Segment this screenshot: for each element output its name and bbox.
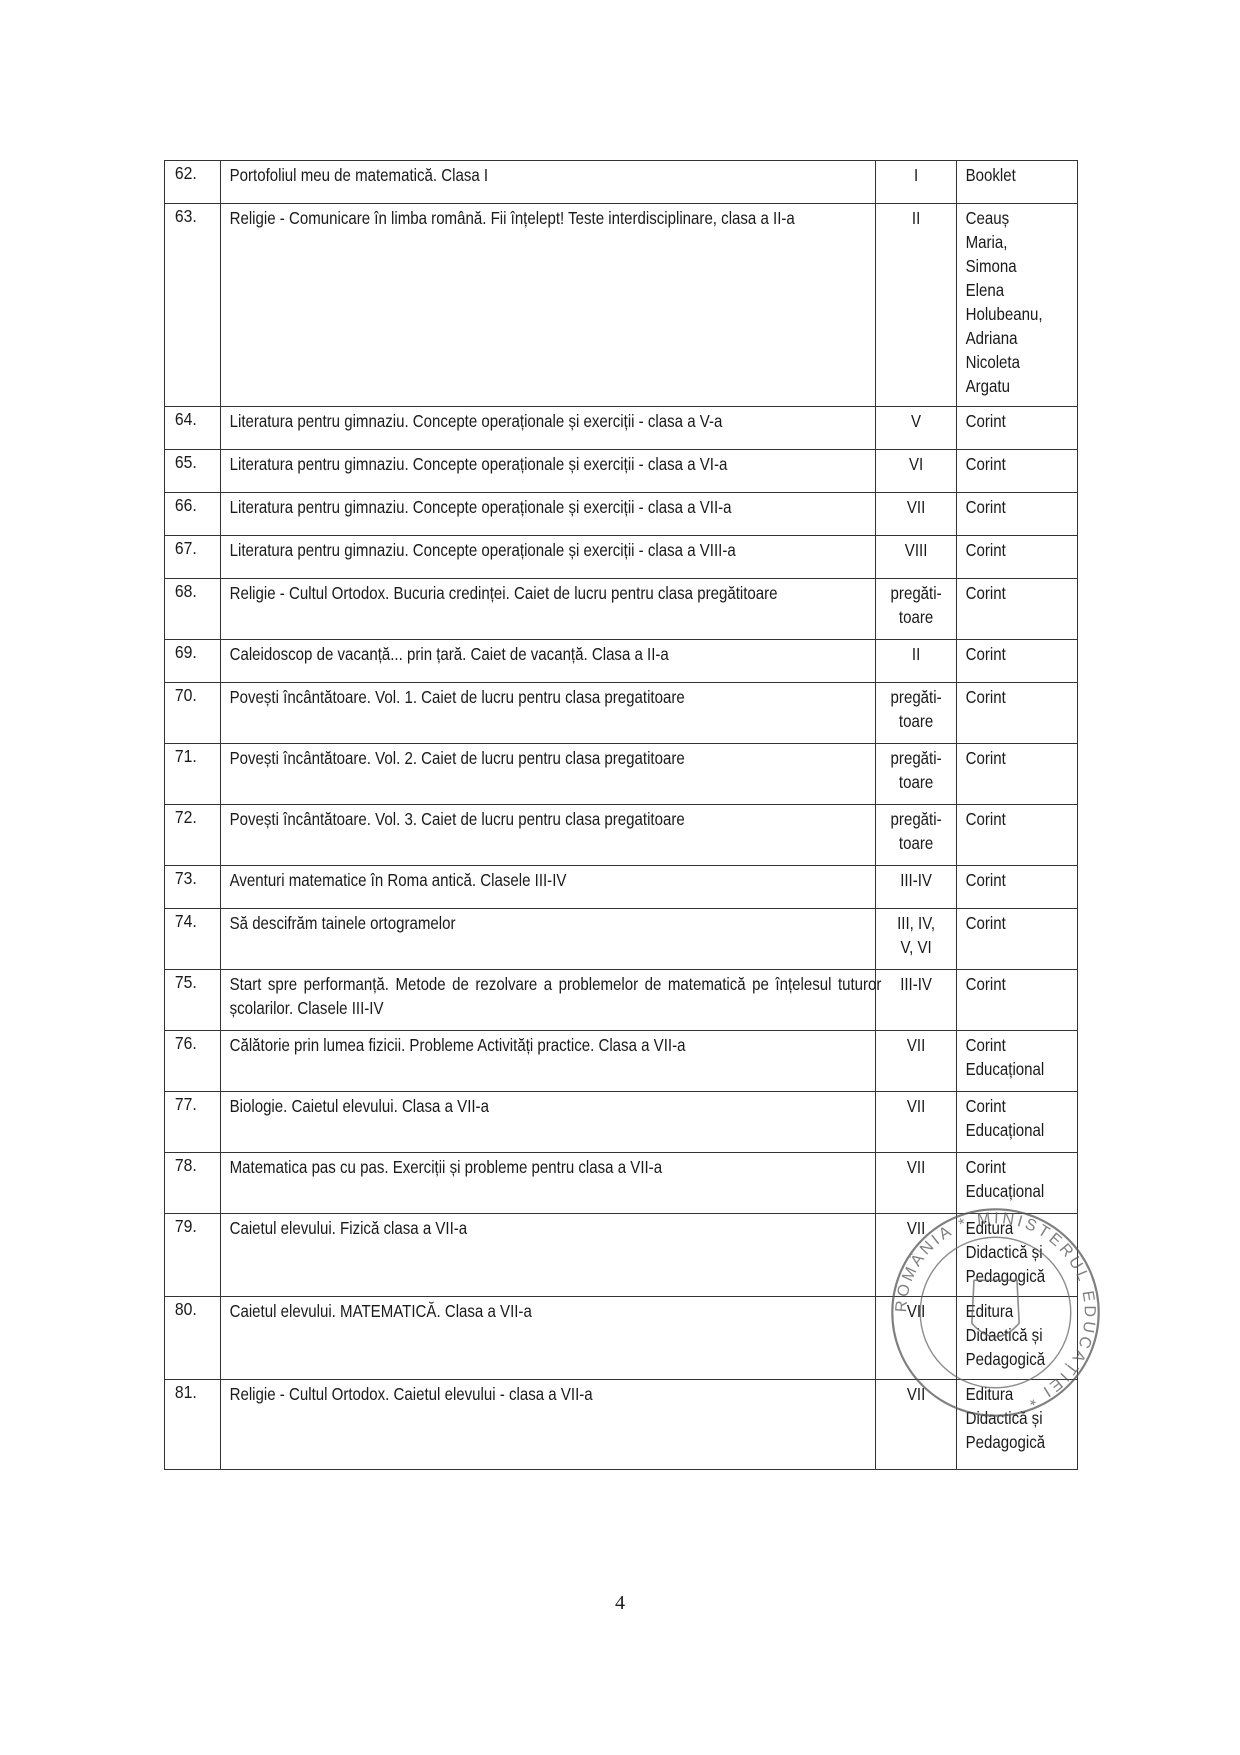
book-title: Literatura pentru gimnaziu. Concepte ope… [221,536,888,570]
grade-cell: VII [875,1031,956,1092]
publisher: Corint [957,579,1060,613]
row-number: 81. [165,1380,215,1404]
table-row: 68. Religie - Cultul Ortodox. Bucuria cr… [165,579,1078,640]
title-cell: Povești încântătoare. Vol. 2. Caiet de l… [221,744,875,805]
publisher-cell: Editura Didactică și Pedagogică [956,1297,1077,1380]
publisher: Editura Didactică și Pedagogică [957,1297,1060,1379]
row-number-cell: 73. [165,866,221,909]
book-title: Biologie. Caietul elevului. Clasa a VII-… [221,1092,888,1126]
row-number: 69. [165,640,215,664]
grade-cell: VII [875,1214,956,1297]
grade-level: pregăti- toare [881,805,950,863]
row-number: 75. [165,970,215,994]
auxiliary-materials-table: 62. Portofoliul meu de matematică. Clasa… [164,160,1078,1470]
row-number: 78. [165,1153,215,1177]
grade-cell: VIII [875,536,956,579]
row-number-cell: 67. [165,536,221,579]
publisher: Editura Didactică și Pedagogică [957,1380,1060,1462]
title-cell: Religie - Comunicare în limba română. Fi… [221,204,875,407]
table-row: 71. Povești încântătoare. Vol. 2. Caiet … [165,744,1078,805]
publisher: Corint [957,805,1060,839]
title-cell: Literatura pentru gimnaziu. Concepte ope… [221,536,875,579]
title-cell: Literatura pentru gimnaziu. Concepte ope… [221,450,875,493]
grade-cell: II [875,640,956,683]
row-number: 76. [165,1031,215,1055]
publisher-cell: Corint [956,744,1077,805]
publisher: Corint [957,640,1060,674]
book-title: Povești încântătoare. Vol. 2. Caiet de l… [221,744,888,778]
grade-cell: V [875,407,956,450]
book-title: Literatura pentru gimnaziu. Concepte ope… [221,450,888,484]
table-row: 79. Caietul elevului. Fizică clasa a VII… [165,1214,1078,1297]
page-number: 4 [0,1592,1240,1615]
book-title: Aventuri matematice în Roma antică. Clas… [221,866,888,900]
row-number: 68. [165,579,215,603]
book-title: Caietul elevului. MATEMATICĂ. Clasa a VI… [221,1297,888,1331]
publisher: Corint [957,407,1060,441]
title-cell: Caleidoscop de vacanță... prin țară. Cai… [221,640,875,683]
title-cell: Start spre performanță. Metode de rezolv… [221,970,875,1031]
grade-level: pregăti- toare [881,683,950,741]
row-number: 72. [165,805,215,829]
row-number: 74. [165,909,215,933]
title-cell: Matematica pas cu pas. Exerciții și prob… [221,1153,875,1214]
title-cell: Călătorie prin lumea fizicii. Probleme A… [221,1031,875,1092]
publisher-cell: Corint [956,450,1077,493]
row-number-cell: 69. [165,640,221,683]
publisher-cell: Corint Educațional [956,1153,1077,1214]
table-row: 69. Caleidoscop de vacanță... prin țară.… [165,640,1078,683]
title-cell: Religie - Cultul Ortodox. Bucuria credin… [221,579,875,640]
book-title: Matematica pas cu pas. Exerciții și prob… [221,1153,888,1187]
publisher-cell: Corint [956,407,1077,450]
publisher-cell: Corint [956,493,1077,536]
grade-cell: VII [875,1297,956,1380]
grade-cell: I [875,161,956,204]
grade-level: II [881,640,950,674]
publisher-cell: Corint [956,970,1077,1031]
grade-cell: VI [875,450,956,493]
book-title: Start spre performanță. Metode de rezolv… [221,970,888,1028]
table-row: 64. Literatura pentru gimnaziu. Concepte… [165,407,1078,450]
grade-cell: III, IV, V, VI [875,909,956,970]
book-title: Să descifrăm tainele ortogramelor [221,909,888,943]
publisher: Corint [957,536,1060,570]
table-row: 62. Portofoliul meu de matematică. Clasa… [165,161,1078,204]
grade-level: VII [881,1031,950,1065]
publisher: Corint [957,970,1060,1004]
title-cell: Portofoliul meu de matematică. Clasa I [221,161,875,204]
grade-level: VIII [881,536,950,570]
publisher: Corint Educațional [957,1092,1060,1150]
book-title: Portofoliul meu de matematică. Clasa I [221,161,888,195]
publisher-cell: Corint [956,536,1077,579]
publisher-cell: Corint [956,866,1077,909]
row-number-cell: 75. [165,970,221,1031]
grade-cell: pregăti- toare [875,805,956,866]
table-row: 76. Călătorie prin lumea fizicii. Proble… [165,1031,1078,1092]
title-cell: Caietul elevului. Fizică clasa a VII-a [221,1214,875,1297]
row-number-cell: 72. [165,805,221,866]
publisher: Editura Didactică și Pedagogică [957,1214,1060,1296]
publisher-cell: Corint [956,805,1077,866]
publisher: Corint Educațional [957,1153,1060,1211]
book-title: Călătorie prin lumea fizicii. Probleme A… [221,1031,888,1065]
row-number: 77. [165,1092,215,1116]
row-number-cell: 62. [165,161,221,204]
book-title: Religie - Cultul Ortodox. Bucuria credin… [221,579,888,613]
book-title: Caietul elevului. Fizică clasa a VII-a [221,1214,888,1248]
publisher: Corint Educațional [957,1031,1060,1089]
title-cell: Aventuri matematice în Roma antică. Clas… [221,866,875,909]
book-title: Religie - Comunicare în limba română. Fi… [221,204,888,238]
row-number-cell: 64. [165,407,221,450]
publisher-cell: Editura Didactică și Pedagogică [956,1380,1077,1470]
table-row: 81. Religie - Cultul Ortodox. Caietul el… [165,1380,1078,1470]
row-number: 66. [165,493,215,517]
row-number-cell: 76. [165,1031,221,1092]
title-cell: Povești încântătoare. Vol. 3. Caiet de l… [221,805,875,866]
row-number-cell: 63. [165,204,221,407]
table-row: 66. Literatura pentru gimnaziu. Concepte… [165,493,1078,536]
row-number: 67. [165,536,215,560]
row-number: 79. [165,1214,215,1238]
title-cell: Biologie. Caietul elevului. Clasa a VII-… [221,1092,875,1153]
publisher: Corint [957,683,1060,717]
title-cell: Caietul elevului. MATEMATICĂ. Clasa a VI… [221,1297,875,1380]
row-number-cell: 74. [165,909,221,970]
publisher: Corint [957,909,1060,943]
grade-cell: pregăti- toare [875,744,956,805]
table-row: 75. Start spre performanță. Metode de re… [165,970,1078,1031]
publisher: Corint [957,744,1060,778]
row-number-cell: 78. [165,1153,221,1214]
document-page: 62. Portofoliul meu de matematică. Clasa… [0,0,1240,1755]
book-title: Povești încântătoare. Vol. 1. Caiet de l… [221,683,888,717]
row-number-cell: 80. [165,1297,221,1380]
row-number-cell: 68. [165,579,221,640]
table-row: 70. Povești încântătoare. Vol. 1. Caiet … [165,683,1078,744]
grade-level: VII [881,1297,950,1331]
row-number: 62. [165,161,215,185]
table-row: 72. Povești încântătoare. Vol. 3. Caiet … [165,805,1078,866]
table-row: 67. Literatura pentru gimnaziu. Concepte… [165,536,1078,579]
grade-cell: III-IV [875,866,956,909]
grade-cell: VII [875,1092,956,1153]
row-number-cell: 66. [165,493,221,536]
row-number: 80. [165,1297,215,1321]
publisher-cell: Corint [956,909,1077,970]
publisher-cell: Corint [956,683,1077,744]
row-number-cell: 81. [165,1380,221,1470]
table-row: 80. Caietul elevului. MATEMATICĂ. Clasa … [165,1297,1078,1380]
grade-cell: pregăti- toare [875,579,956,640]
grade-cell: VII [875,493,956,536]
grade-level: VII [881,1092,950,1126]
row-number: 63. [165,204,215,228]
row-number-cell: 79. [165,1214,221,1297]
grade-level: VII [881,1214,950,1248]
publisher-cell: Editura Didactică și Pedagogică [956,1214,1077,1297]
grade-level: pregăti- toare [881,744,950,802]
publisher: Corint [957,493,1060,527]
grade-level: II [881,204,950,238]
row-number: 73. [165,866,215,890]
title-cell: Literatura pentru gimnaziu. Concepte ope… [221,407,875,450]
publisher: Booklet [957,161,1060,195]
title-cell: Literatura pentru gimnaziu. Concepte ope… [221,493,875,536]
row-number-cell: 70. [165,683,221,744]
book-title: Povești încântătoare. Vol. 3. Caiet de l… [221,805,888,839]
book-title: Literatura pentru gimnaziu. Concepte ope… [221,407,888,441]
publisher-cell: Corint Educațional [956,1092,1077,1153]
title-cell: Să descifrăm tainele ortogramelor [221,909,875,970]
publisher: Ceauș Maria, Simona Elena Holubeanu, Adr… [957,204,1060,406]
row-number: 65. [165,450,215,474]
table-row: 65. Literatura pentru gimnaziu. Concepte… [165,450,1078,493]
book-title: Religie - Cultul Ortodox. Caietul elevul… [221,1380,888,1414]
grade-level: III-IV [881,866,950,900]
row-number-cell: 77. [165,1092,221,1153]
table-row: 77. Biologie. Caietul elevului. Clasa a … [165,1092,1078,1153]
grade-level: VII [881,1380,950,1414]
row-number-cell: 65. [165,450,221,493]
publisher-cell: Corint Educațional [956,1031,1077,1092]
grade-level: VII [881,493,950,527]
publisher: Corint [957,450,1060,484]
publisher-cell: Corint [956,640,1077,683]
grade-level: VII [881,1153,950,1187]
book-title: Literatura pentru gimnaziu. Concepte ope… [221,493,888,527]
book-title: Caleidoscop de vacanță... prin țară. Cai… [221,640,888,674]
grade-cell: VII [875,1380,956,1470]
title-cell: Povești încântătoare. Vol. 1. Caiet de l… [221,683,875,744]
row-number-cell: 71. [165,744,221,805]
row-number: 64. [165,407,215,431]
grade-level: III-IV [881,970,950,1004]
grade-cell: pregăti- toare [875,683,956,744]
table-row: 73. Aventuri matematice în Roma antică. … [165,866,1078,909]
grade-level: I [881,161,950,195]
table-row: 63. Religie - Comunicare în limba română… [165,204,1078,407]
publisher-cell: Ceauș Maria, Simona Elena Holubeanu, Adr… [956,204,1077,407]
row-number: 70. [165,683,215,707]
table-row: 78. Matematica pas cu pas. Exerciții și … [165,1153,1078,1214]
grade-level: III, IV, V, VI [881,909,950,967]
grade-cell: VII [875,1153,956,1214]
grade-cell: II [875,204,956,407]
row-number: 71. [165,744,215,768]
publisher: Corint [957,866,1060,900]
publisher-cell: Booklet [956,161,1077,204]
publisher-cell: Corint [956,579,1077,640]
grade-level: pregăti- toare [881,579,950,637]
grade-level: VI [881,450,950,484]
table-row: 74. Să descifrăm tainele ortogramelor II… [165,909,1078,970]
title-cell: Religie - Cultul Ortodox. Caietul elevul… [221,1380,875,1470]
grade-level: V [881,407,950,441]
